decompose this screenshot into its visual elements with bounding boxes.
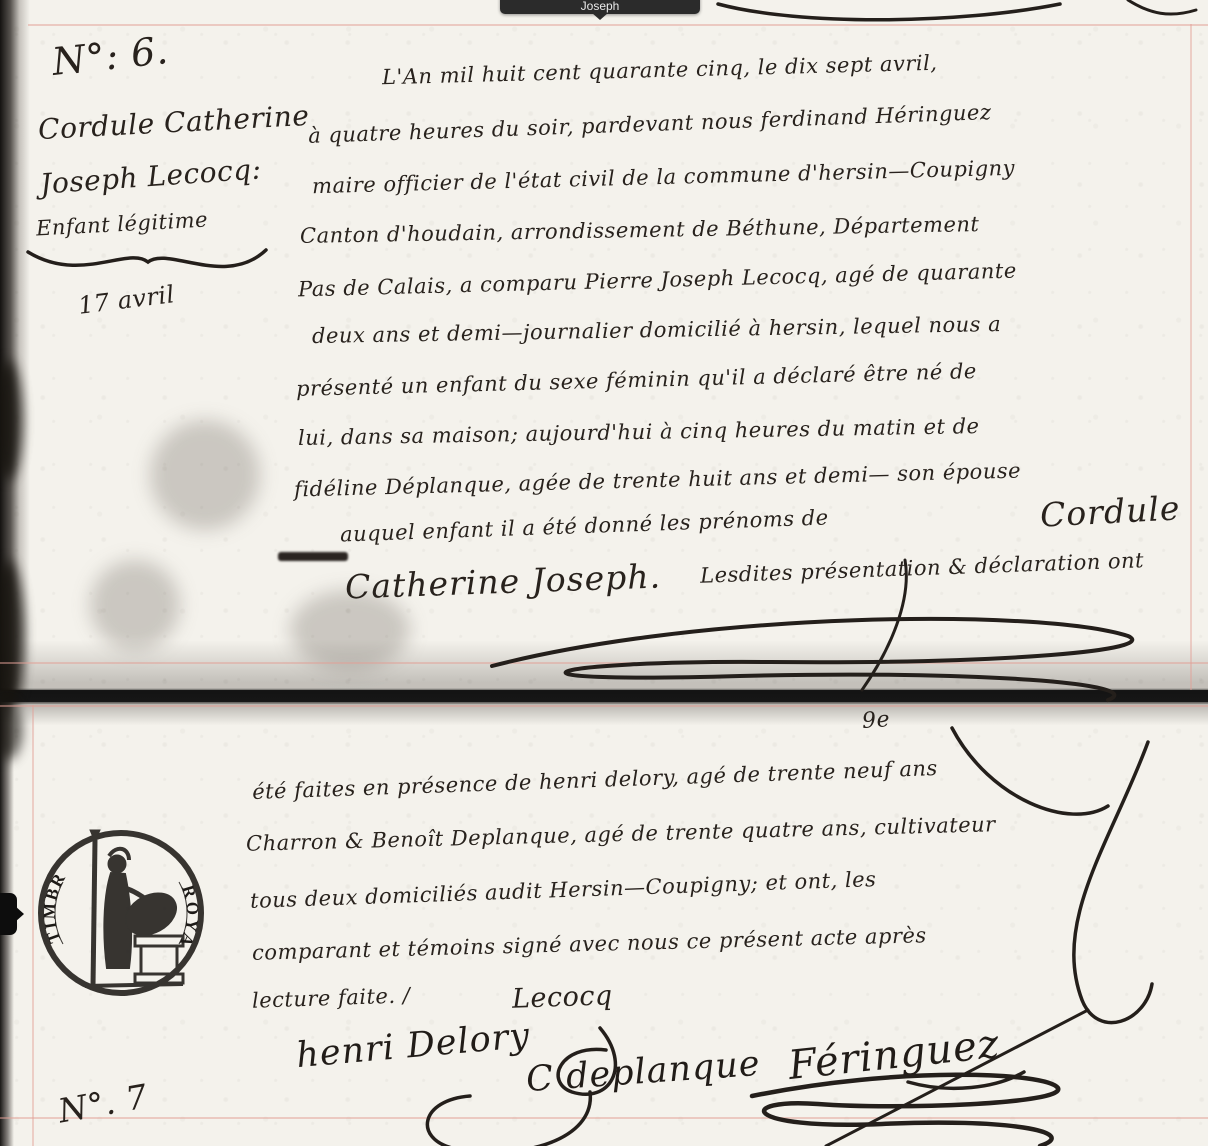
given-name-cordule: Cordule: [1039, 488, 1181, 534]
scanned-register-page: N°: 6. Cordule Catherine Joseph Lecocq: …: [0, 0, 1208, 1146]
register-rule: [0, 705, 1208, 707]
svg-text:TIMBRE: TIMBRE: [33, 818, 70, 946]
stamp-text-timbre: TIMBRE: [33, 818, 70, 946]
side-panel-handle[interactable]: [0, 893, 17, 935]
register-rule: [28, 24, 1208, 26]
tooltip-caret-icon: [592, 13, 608, 20]
register-rule: [0, 662, 1208, 664]
paper-smudge: [150, 420, 260, 530]
paper-smudge: [90, 560, 180, 650]
chevron-right-icon: [15, 906, 24, 922]
stamp-graphic: TIMBRE ROYAL L.25: [33, 818, 209, 1008]
scan-noise-top: [0, 640, 1208, 690]
ink-streak: [278, 552, 348, 561]
page-note: 9e: [861, 707, 891, 734]
register-rule: [1190, 24, 1192, 690]
signature-lecocq: Lecocq: [511, 980, 613, 1014]
register-rule: [0, 1117, 1208, 1119]
stamp-value: L.25: [146, 954, 169, 968]
timbre-royal-stamp: TIMBRE ROYAL L.25: [33, 818, 209, 1008]
tooltip-label: Joseph: [581, 0, 620, 13]
tooltip: Joseph: [500, 0, 700, 14]
